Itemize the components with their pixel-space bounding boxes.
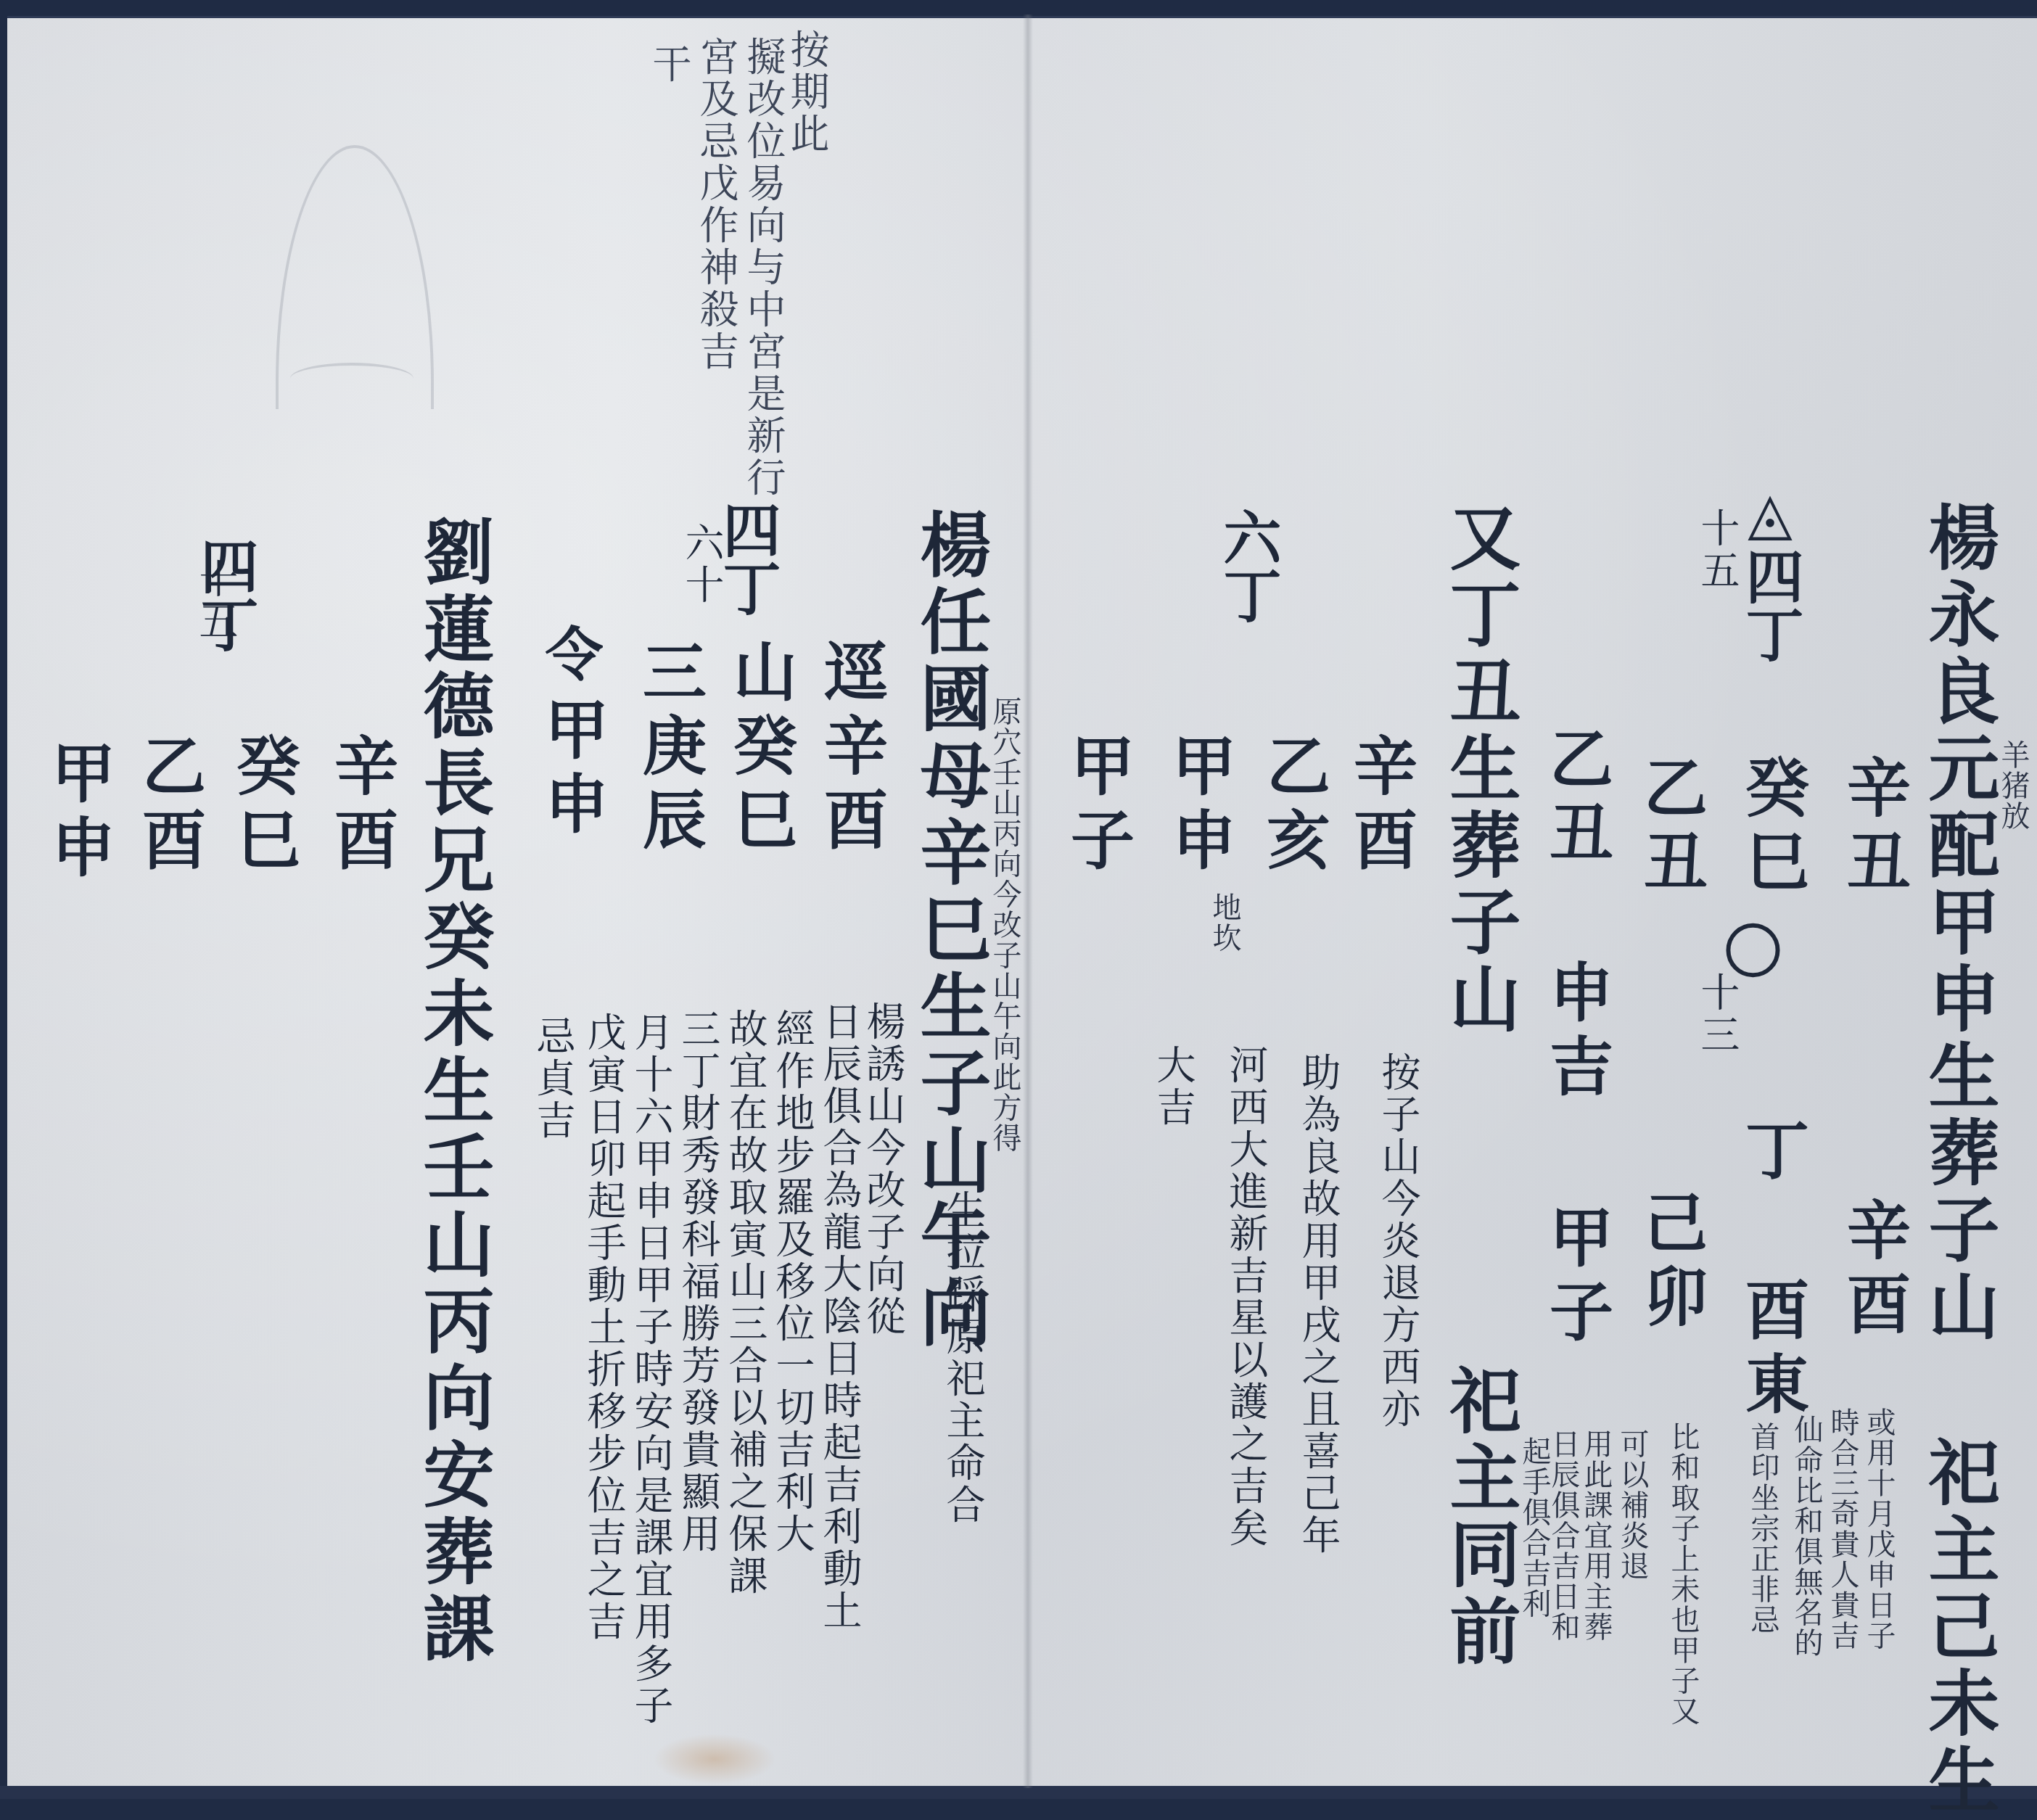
margin-note: 羊猪放	[1999, 740, 2028, 831]
pillar-guisi-left: 山癸巳	[729, 638, 793, 860]
page-gutter	[1023, 15, 1033, 1788]
pillar-note-dikan: 地坎	[1210, 892, 1239, 953]
note-line: 戊寅日卯起手動土折移步位吉之吉	[584, 1012, 623, 1643]
note-line: 大吉	[1153, 1045, 1193, 1129]
scan-border-bottom	[0, 1786, 2037, 1799]
pillar-yiyou-far: 乙酉	[138, 733, 202, 881]
pillar-alt-month: 丁 酉東	[1741, 1117, 1805, 1425]
pillar-alt-year: 辛酉	[1843, 1197, 1906, 1345]
note-line: 用此課宜用主葬	[1581, 1429, 1610, 1642]
scan-border-top	[0, 0, 2037, 18]
pillar-alt-day: 己卯	[1639, 1190, 1703, 1338]
pillar-xinyou-left: 逕辛酉	[820, 638, 884, 860]
note-line: 月十六甲申日甲子時安向是課宜用多子	[631, 1012, 670, 1727]
top-note: 干	[649, 44, 688, 86]
note-line: 按子山今炎退方西亦	[1378, 1052, 1417, 1430]
pillar-xinyou: 辛酉	[1349, 733, 1413, 881]
manuscript-spread: 楊永良元配甲申生葬子山 祀主己未生 羊猪放 ◬四丁 十五 辛丑 癸巳 乙丑 〇 …	[0, 0, 2037, 1799]
note-line: 三丁財秀發科福勝芳發貴顯用	[678, 1008, 717, 1555]
paper-stain	[653, 1734, 776, 1784]
marker-four-ding: ◬四丁	[1741, 479, 1799, 663]
note-line: 首印坐宗正非忌	[1748, 1422, 1777, 1635]
heading-side-note: 原穴壬山丙向今改子山午向此方得	[990, 696, 1019, 1153]
top-note: 按期此	[787, 29, 826, 155]
note-line: 可以補炎退	[1618, 1429, 1647, 1581]
marker-four-ding-left: 四丁	[718, 501, 776, 617]
note-line: 仙命比和俱無名的	[1792, 1415, 1821, 1658]
pillar-guisi-far: 癸巳	[232, 733, 296, 881]
pillar-jiashen-left: 甲申	[540, 696, 604, 844]
note-line: 助為良故用甲戌之且喜己年	[1299, 1052, 1338, 1557]
pillar-jiazi: 甲子	[1545, 1204, 1609, 1352]
scan-border-left	[0, 0, 7, 1799]
marker-number-60: 六十	[682, 522, 721, 606]
note-line: 時合三奇貴人貴吉	[1828, 1407, 1857, 1651]
note-line: 經作地步羅及移位一切吉利大	[773, 1008, 812, 1555]
pillar-jiashen: 甲申	[1168, 733, 1232, 881]
top-note: 擬改位易向与中宮是新行	[744, 36, 783, 499]
note-line: 河西大進新吉星以護之吉矣	[1226, 1045, 1265, 1549]
pillar-jiashen-far: 甲申	[47, 740, 111, 888]
pillar-jiazi-2: 甲子	[1066, 733, 1130, 881]
pillar-year: 辛丑	[1843, 754, 1906, 902]
note-line: 或用十月戊申日子	[1864, 1407, 1893, 1651]
top-note: 宮及忌戊作神殺吉	[696, 36, 736, 373]
note-line: 故宜在故取寅山三合以補之保課	[725, 1008, 765, 1597]
mountain-roof-symbol: 令	[540, 624, 598, 682]
marker-circle: 〇	[1719, 921, 1777, 979]
pillar-day: 乙丑	[1639, 754, 1703, 902]
heading-liu-liande: 劉蓮德長兄癸未生壬山丙向安葬課	[417, 515, 488, 1668]
heading-dingchou: 又丁丑生葬子山	[1444, 501, 1515, 1039]
marker-number: 十五	[1697, 508, 1737, 592]
note-line: 比和取子上未也甲子又	[1668, 1422, 1697, 1726]
marker-six-ding: 六丁	[1219, 508, 1277, 624]
heading-yang-yongliang: 楊永良元配甲申生葬子山 祀主己未生	[1922, 501, 1993, 1799]
note-line: 日辰俱合為龍大陰日時起吉利動土	[820, 1001, 859, 1632]
heading-overwrite: 生拉踩原祀主命合	[943, 1190, 982, 1526]
note-line: 日辰俱合吉日和	[1549, 1429, 1578, 1642]
note-line: 楊誘山今改子向從	[863, 1001, 902, 1338]
pillar-month: 癸巳	[1741, 754, 1805, 902]
marker-number-13: 十三	[1697, 972, 1737, 1056]
note-line: 起手俱合吉利	[1520, 1436, 1549, 1619]
pillar-yihai: 乙亥	[1262, 733, 1326, 881]
faint-mountain-base	[290, 363, 413, 395]
pillar-xinyou-far: 辛酉	[330, 733, 394, 881]
note-line: 忌貞吉	[533, 1016, 572, 1142]
marker-number-15: 十五	[196, 559, 235, 643]
pillar-yichou-note: 乙丑 申吉	[1545, 725, 1609, 1107]
pillar-gengchen: 三庚辰	[638, 638, 702, 860]
heading-sizhu-same: 祀主同前	[1444, 1364, 1515, 1671]
